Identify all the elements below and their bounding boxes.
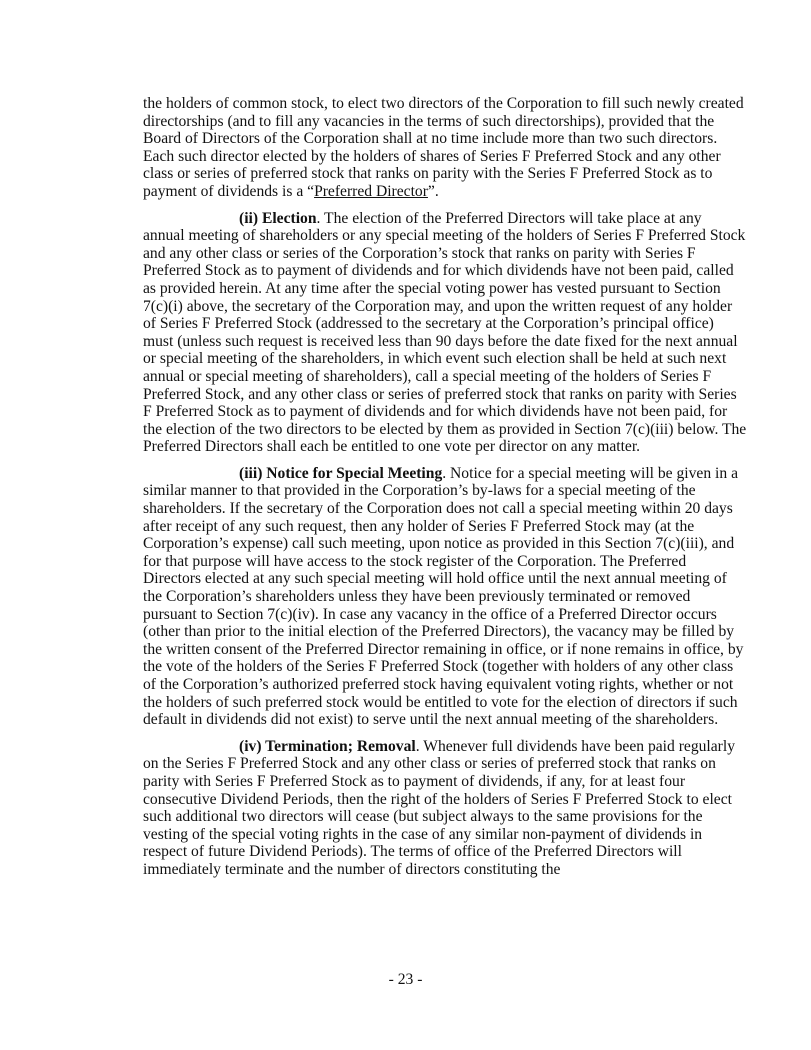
- paragraph-election: (ii) Election. The election of the Prefe…: [143, 210, 747, 456]
- section-heading: (iv) Termination; Removal: [239, 738, 416, 755]
- paragraph-text: the holders of common stock, to elect tw…: [143, 95, 744, 200]
- document-page: the holders of common stock, to elect tw…: [143, 95, 747, 888]
- section-heading: (iii) Notice for Special Meeting: [239, 465, 442, 482]
- paragraph-text: . Notice for a special meeting will be g…: [143, 465, 743, 728]
- section-heading: (ii) Election: [239, 210, 317, 227]
- paragraph-continuation: the holders of common stock, to elect tw…: [143, 95, 747, 201]
- paragraph-text-end: ”.: [428, 183, 439, 200]
- page-number: - 23 -: [0, 971, 811, 989]
- paragraph-notice: (iii) Notice for Special Meeting. Notice…: [143, 465, 747, 729]
- defined-term: Preferred Director: [314, 183, 428, 200]
- paragraph-text: . Whenever full dividends have been paid…: [143, 738, 735, 878]
- paragraph-termination: (iv) Termination; Removal. Whenever full…: [143, 738, 747, 879]
- paragraph-text: . The election of the Preferred Director…: [143, 210, 746, 456]
